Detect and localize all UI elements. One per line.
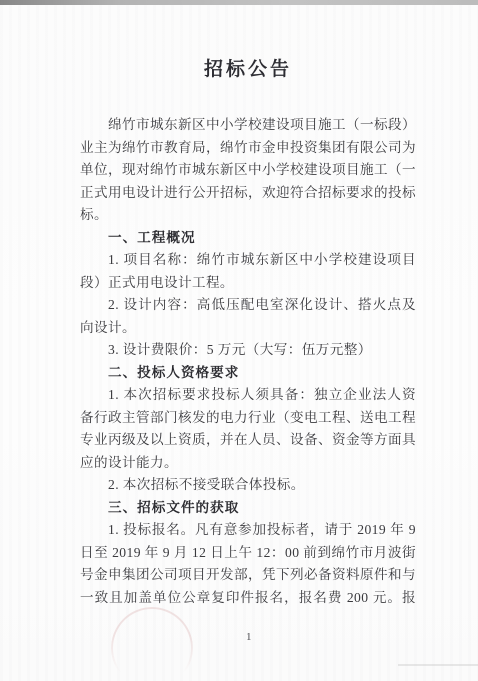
document-body: 绵竹市城东新区中小学校建设项目施工（一标段）项目业主为绵竹市教育局，绵竹市金申投… (80, 114, 416, 609)
text-line: 段）正式用电设计工程。 (80, 272, 416, 295)
text-line: 1. 项目名称：绵竹市城东新区中小学校建设项目（一标 (80, 249, 416, 272)
text-line: 1. 本次招标要求投标人须具备：独立企业法人资格，具 (80, 384, 416, 407)
section-heading: 一、工程概况 (80, 227, 416, 250)
scan-edge-artifact (0, 0, 478, 5)
document-title: 招标公告 (80, 56, 416, 84)
text-line: 号金申集团公司项目开发部，凭下列必备资料原件和与原件 (80, 564, 416, 587)
text-line: 业主为绵竹市教育局，绵竹市金申投资集团有限公司为代建 (80, 137, 416, 160)
stamp-artifact (111, 607, 193, 681)
text-line: 专业丙级及以上资质，并在人员、设备、资金等方面具有相 (80, 429, 416, 452)
document-page: 招标公告 绵竹市城东新区中小学校建设项目施工（一标段）项目业主为绵竹市教育局，绵… (0, 0, 478, 681)
text-line: 向设计。 (80, 317, 416, 340)
text-line: 2. 本次招标不接受联合体投标。 (80, 474, 416, 497)
text-line: 一致且加盖单位公章复印件报名，报名费 200 元。报名时须 (80, 587, 416, 610)
page-number: 1 (246, 630, 252, 644)
text-line: 绵竹市城东新区中小学校建设项目施工（一标段）项目 (80, 114, 416, 137)
text-line: 1. 投标报名。凡有意参加投标者，请于 2019 年 9 月 10 (80, 519, 416, 542)
text-line: 日至 2019 年 9 月 12 日上午 12：00 前到绵竹市月波街 178 (80, 542, 416, 565)
text-line: 应的设计能力。 (80, 452, 416, 475)
section-heading: 二、投标人资格要求 (80, 362, 416, 385)
text-line: 备行政主管部门核发的电力行业（变电工程、送电工程等） (80, 407, 416, 430)
text-line: 2. 设计内容：高低压配电室深化设计、搭火点及电缆走 (80, 294, 416, 317)
section-heading: 三、招标文件的获取 (80, 497, 416, 520)
text-line: 标。 (80, 204, 416, 227)
text-line: 单位，现对绵竹市城东新区中小学校建设项目施工（一标段） (80, 159, 416, 182)
scan-artifact-line (398, 664, 478, 666)
text-line: 3. 设计费限价：5 万元（大写：伍万元整） (80, 339, 416, 362)
text-line: 正式用电设计进行公开招标，欢迎符合招标要求的投标人投 (80, 182, 416, 205)
